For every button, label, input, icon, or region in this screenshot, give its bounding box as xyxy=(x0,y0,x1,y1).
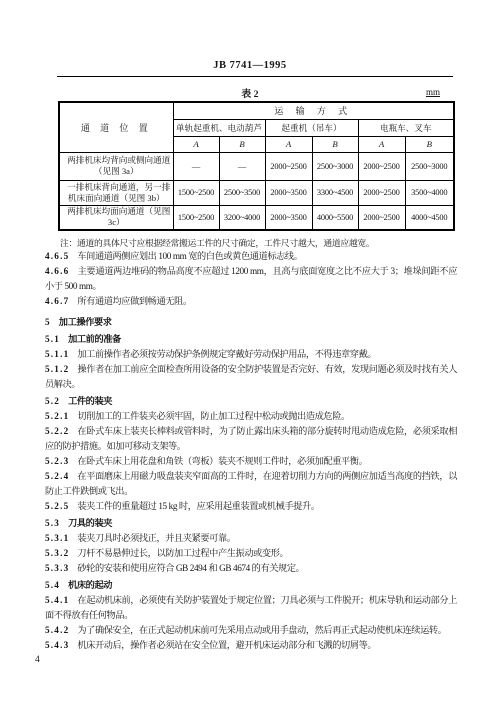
clause-text: 加工操作要求 xyxy=(59,317,112,327)
clause-paragraph: 4.6.6主要通道两边堆码的物品高度不应超过 1200 mm，且高与底面宽度之比… xyxy=(45,264,457,294)
table-cell: 2000~2500 xyxy=(358,180,405,205)
table-cell: 2500~3500 xyxy=(219,180,265,205)
clause-paragraph: 5加工操作要求 xyxy=(45,315,457,330)
row-label: 两排机床均面向通道（见图 3c） xyxy=(59,205,173,230)
table-row: 两排机床均面向通道（见图 3c） 1500~2500 3200~4000 200… xyxy=(59,205,454,230)
table-cell: 2000~3500 xyxy=(265,180,312,205)
clause-number: 5.2.1 xyxy=(45,411,69,421)
clause-list: 4.6.5车间通道两侧应划出 100 mm 宽的白色或黄色通道标志线。 4.6.… xyxy=(45,249,457,653)
clause-text: 刀具的装夹 xyxy=(68,518,112,528)
table-cell: 1500~2500 xyxy=(173,180,219,205)
clause-text: 机床开动后，操作者必须站在安全位置，避开机床运动部分和飞溅的切屑等。 xyxy=(77,640,376,650)
clause-paragraph: 5.1.1加工前操作者必须按劳动保护条例规定穿戴好劳动保护用品，不得违章穿戴。 xyxy=(45,347,457,362)
clause-number: 5.1.2 xyxy=(45,364,69,374)
clause-paragraph: 5.4.1在起动机床前，必须使有关防护装置处于规定位置；刀具必须与工件脱开；机床… xyxy=(45,593,457,623)
clause-text: 主要通道两边堆码的物品高度不应超过 1200 mm，且高与底面宽度之比不应大于 … xyxy=(45,266,457,291)
clause-text: 加工前的准备 xyxy=(68,334,121,344)
subcolumn-a: A xyxy=(265,136,312,152)
clause-text: 车间通道两侧应划出 100 mm 宽的白色或黄色通道标志线。 xyxy=(77,251,302,261)
subcolumn-a: A xyxy=(173,136,219,152)
document-page: JB 7741—1995 表 2 mm 通 道 位 置 运 输 方 式 单轨起重… xyxy=(0,0,500,707)
clause-text: 装夹工件的重量超过 15 kg 时，应采用起重装置或机械手提升。 xyxy=(77,501,319,511)
clause-paragraph: 5.3.2刀杆不易悬伸过长，以防加工过程中产生振动或变形。 xyxy=(45,546,457,561)
clause-paragraph: 4.6.5车间通道两侧应划出 100 mm 宽的白色或黄色通道标志线。 xyxy=(45,249,457,264)
table-cell: 4000~4500 xyxy=(405,205,454,230)
table-row: 一排机床背向通道，另一排机床面向通道（见图 3b） 1500~2500 2500… xyxy=(59,180,454,205)
table-unit-label: mm xyxy=(426,87,440,97)
clause-paragraph: 5.2.2在卧式车床上装夹长棒料或管料时，为了防止露出床头箱的部分旋转时甩动造成… xyxy=(45,424,457,454)
table-row: 两排机床均背向或侧向通道（见图 3a） — — 2000~2500 2500~3… xyxy=(59,152,454,180)
clause-number: 5.2.5 xyxy=(45,501,69,511)
table-cell: 2000~3500 xyxy=(265,205,312,230)
clause-text: 操作者在加工前应全面检查所用设备的安全防护装置是否完好、有效，发现问题必须及时找… xyxy=(45,364,457,389)
clause-number: 5.4.3 xyxy=(45,640,69,650)
standard-code: JB 7741—1995 xyxy=(0,60,500,71)
clause-paragraph: 5.2.5装夹工件的重量超过 15 kg 时，应采用起重装置或机械手提升。 xyxy=(45,499,457,514)
clause-text: 在卧式车床上用花盘和角铁（弯板）装夹不规则工件时，必须加配重平衡。 xyxy=(77,456,367,466)
aisle-width-table: 通 道 位 置 运 输 方 式 单轨起重机、电动葫芦 起重机（吊车） 电瓶车、叉… xyxy=(58,101,455,231)
clause-text: 砂轮的安装和使用应符合 GB 2494 和 GB 4674 的有关规定。 xyxy=(77,563,304,573)
table-cell: 3300~4500 xyxy=(312,180,358,205)
clause-paragraph: 5.1.2操作者在加工前应全面检查所用设备的安全防护装置是否完好、有效，发现问题… xyxy=(45,362,457,392)
clause-text: 在平面磨床上用磁力吸盘装夹窄面高的工件时，在迎着切削力方向的两侧应加适当高度的挡… xyxy=(45,471,457,496)
clause-number: 5.2.2 xyxy=(45,426,69,436)
table-cell: 3500~4000 xyxy=(405,180,454,205)
subcolumn-b: B xyxy=(405,136,454,152)
clause-paragraph: 5.4机床的起动 xyxy=(45,578,457,593)
clause-text: 所有通道均应做到畅通无阻。 xyxy=(77,296,191,306)
clause-number: 5.3.2 xyxy=(45,548,69,558)
clause-paragraph: 5.1加工前的准备 xyxy=(45,332,457,347)
clause-number: 4.6.7 xyxy=(45,296,69,306)
subcolumn-b: B xyxy=(219,136,265,152)
table-cell: 1500~2500 xyxy=(173,205,219,230)
group-header-monorail-hoist: 单轨起重机、电动葫芦 xyxy=(173,119,265,136)
table-cell: — xyxy=(219,152,265,180)
table-cell: 2000~2500 xyxy=(358,152,405,180)
clause-number: 4.6.6 xyxy=(45,266,69,276)
row-label: 一排机床背向通道，另一排机床面向通道（见图 3b） xyxy=(59,180,173,205)
clause-number: 5.3 xyxy=(45,518,60,528)
clause-number: 5.4.1 xyxy=(45,595,69,605)
group-header-forklift: 电瓶车、叉车 xyxy=(358,119,454,136)
table-cell: — xyxy=(173,152,219,180)
clause-paragraph: 5.2.3在卧式车床上用花盘和角铁（弯板）装夹不规则工件时，必须加配重平衡。 xyxy=(45,454,457,469)
table-cell: 4000~5500 xyxy=(312,205,358,230)
clause-text: 切削加工的工件装夹必须牢固，防止加工过程中松动或抛出造成危险。 xyxy=(77,411,349,421)
subcolumn-b: B xyxy=(312,136,358,152)
column-header-location: 通 道 位 置 xyxy=(59,102,173,152)
clause-number: 5 xyxy=(45,317,51,327)
clause-text: 刀杆不易悬伸过长，以防加工过程中产生振动或变形。 xyxy=(77,548,288,558)
clause-text: 在卧式车床上装夹长棒料或管料时，为了防止露出床头箱的部分旋转时甩动造成危险，必须… xyxy=(45,426,457,451)
clause-number: 5.3.3 xyxy=(45,563,69,573)
clause-paragraph: 5.3.1装夹刀具时必须找正，并且夹紧要可靠。 xyxy=(45,531,457,546)
clause-number: 5.2.3 xyxy=(45,456,69,466)
clause-text: 机床的起动 xyxy=(68,580,112,590)
clause-text: 在起动机床前，必须使有关防护装置处于规定位置；刀具必须与工件脱开；机床导轨和运动… xyxy=(45,595,457,620)
clause-text: 为了确保安全，在正式起动机床前可先采用点动或用手盘动，然后再正式起动使机床连续运… xyxy=(77,625,446,635)
table-cell: 2500~3000 xyxy=(312,152,358,180)
clause-paragraph: 5.4.3机床开动后，操作者必须站在安全位置，避开机床运动部分和飞溅的切屑等。 xyxy=(45,638,457,653)
clause-paragraph: 5.2.4在平面磨床上用磁力吸盘装夹窄面高的工件时，在迎着切削力方向的两侧应加适… xyxy=(45,469,457,499)
clause-paragraph: 5.2.1切削加工的工件装夹必须牢固，防止加工过程中松动或抛出造成危险。 xyxy=(45,409,457,424)
clause-paragraph: 5.3刀具的装夹 xyxy=(45,516,457,531)
clause-text: 装夹刀具时必须找正，并且夹紧要可靠。 xyxy=(77,533,235,543)
clause-text: 加工前操作者必须按劳动保护条例规定穿戴好劳动保护用品，不得违章穿戴。 xyxy=(77,349,376,359)
subcolumn-a: A xyxy=(358,136,405,152)
clause-number: 5.1.1 xyxy=(45,349,69,359)
group-header-crane: 起重机（吊车） xyxy=(265,119,358,136)
table-cell: 2000~2500 xyxy=(265,152,312,180)
clause-number: 5.4.2 xyxy=(45,625,69,635)
clause-paragraph: 5.2工件的装夹 xyxy=(45,394,457,409)
table-cell: 2000~2500 xyxy=(358,205,405,230)
column-header-transport: 运 输 方 式 xyxy=(173,102,454,119)
clause-paragraph: 4.6.7所有通道均应做到畅通无阻。 xyxy=(45,294,457,309)
clause-number: 5.4 xyxy=(45,580,60,590)
clause-number: 5.3.1 xyxy=(45,533,69,543)
clause-number: 5.2 xyxy=(45,396,60,406)
clause-number: 5.1 xyxy=(45,334,60,344)
clause-paragraph: 5.3.3砂轮的安装和使用应符合 GB 2494 和 GB 4674 的有关规定… xyxy=(45,561,457,576)
page-number: 4 xyxy=(35,655,40,665)
clause-text: 工件的装夹 xyxy=(68,396,112,406)
table-cell: 3200~4000 xyxy=(219,205,265,230)
clause-number: 4.6.5 xyxy=(45,251,69,261)
row-label: 两排机床均背向或侧向通道（见图 3a） xyxy=(59,152,173,180)
table-cell: 2500~3000 xyxy=(405,152,454,180)
clause-number: 5.2.4 xyxy=(45,471,69,481)
header-rule xyxy=(57,76,453,77)
table-note: 注：通道的具体尺寸应根据经常搬运工件的尺寸确定，工件尺寸越大，通道应越宽。 xyxy=(60,236,456,249)
clause-paragraph: 5.4.2为了确保安全，在正式起动机床前可先采用点动或用手盘动，然后再正式起动使… xyxy=(45,623,457,638)
